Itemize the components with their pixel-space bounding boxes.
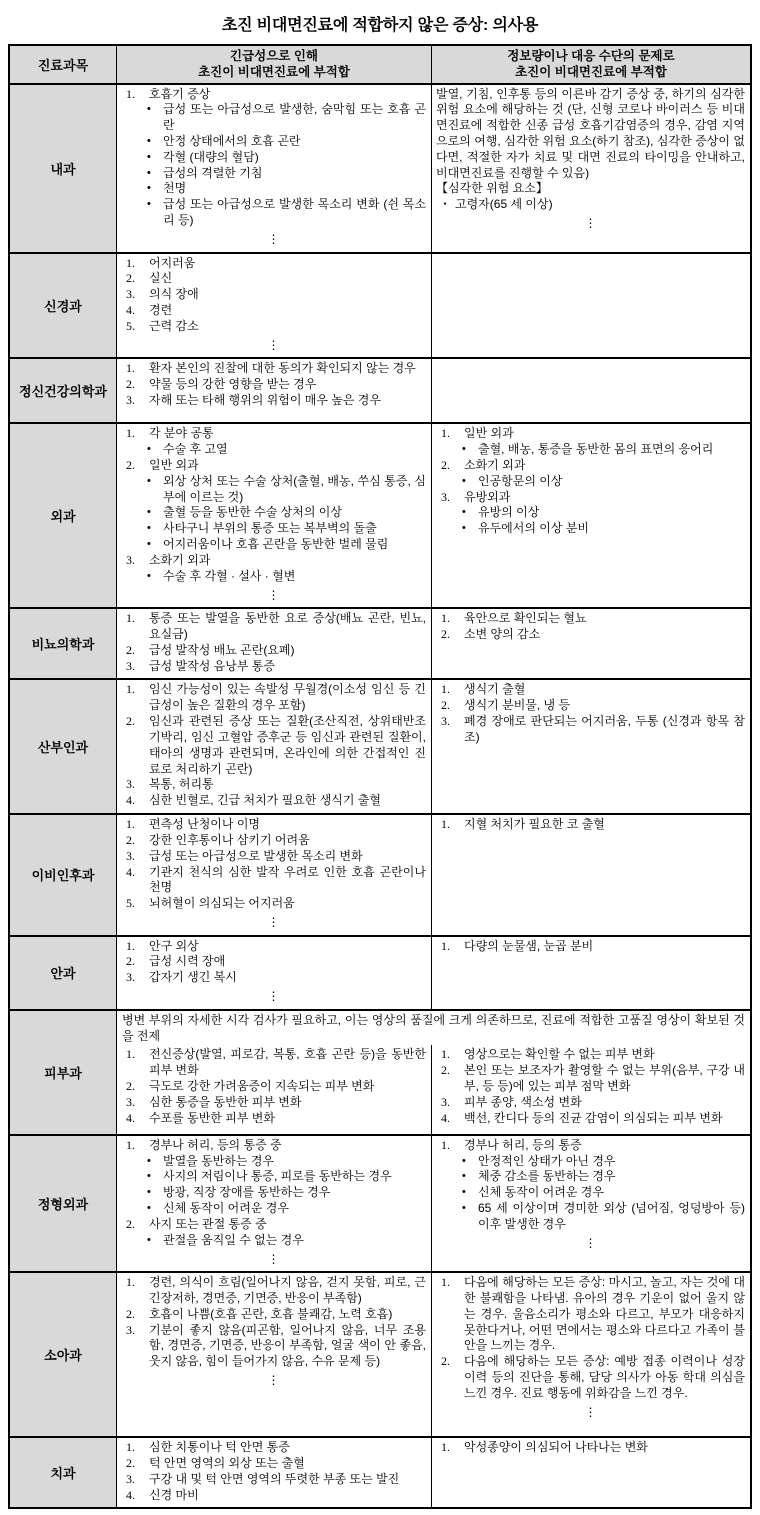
row-content: 1.안구 외상2.급성 시력 장애3.갑자기 생긴 복시⋮1.다량의 눈물샘, … <box>117 937 750 1009</box>
bullet-icon: • <box>147 134 163 150</box>
item-number: 3. <box>121 970 149 986</box>
item-number: 1. <box>121 426 149 442</box>
item-text: 신체 동작이 어려운 경우 <box>478 1185 745 1201</box>
list-item-numbered: 3.기분이 좋지 않음(피곤함, 일어나지 않음, 너무 조용함, 경면증, 기… <box>121 1323 426 1370</box>
item-number: 1. <box>121 1440 149 1456</box>
urgency-cell: 1.호흡기 증상•급성 또는 아급성으로 발생한, 숨막힘 또는 호흡 곤란•안… <box>117 85 432 252</box>
item-text: 사지의 저림이나 통증, 피로를 동반하는 경우 <box>163 1169 426 1185</box>
info-cell: 1.다량의 눈물샘, 눈곱 분비 <box>432 937 750 1009</box>
urgency-cell: 1.경련, 의식이 흐림(일어나지 않음, 걷지 못함, 피로, 근긴장저하, … <box>117 1273 432 1436</box>
list-item-bullet: •출혈 등을 동반한 수술 상처의 이상 <box>121 505 426 521</box>
item-text: 소화기 외과 <box>149 553 426 569</box>
bullet-icon: • <box>147 197 163 229</box>
list-item-bullet: •신체 동작이 어려운 경우 <box>436 1185 745 1201</box>
item-number: 4. <box>121 1488 149 1504</box>
item-text: 심한 통증을 동반한 피부 변화 <box>149 1095 426 1111</box>
urgency-cell: 1.전신증상(발열, 피로감, 복통, 호흡 곤란 등)을 동반한 피부 변화2… <box>117 1045 432 1133</box>
item-number: 2. <box>121 1079 149 1095</box>
item-number: 4. <box>121 303 149 319</box>
row-columns: 1.각 분야 공통•수술 후 고열2.일반 외과•외상 상처 또는 수술 상처(… <box>117 424 750 607</box>
bullet-icon: • <box>147 181 163 197</box>
item-text: 출혈 등을 동반한 수술 상처의 이상 <box>163 505 426 521</box>
list-item-numbered: 1.편측성 난청이나 이명 <box>121 817 426 833</box>
ellipsis-mark: ⋮ <box>121 1249 426 1268</box>
ellipsis-mark: ⋮ <box>121 1370 426 1389</box>
item-number: 4. <box>121 1111 149 1127</box>
list-item-numbered: 2.급성 발작성 배뇨 곤란(요폐) <box>121 643 426 659</box>
list-item-bullet: •관절을 움직일 수 없는 경우 <box>121 1233 426 1249</box>
list-item-numbered: 1.다음에 해당하는 모든 증상: 마시고, 놀고, 자는 것에 대한 불쾌함을… <box>436 1275 745 1354</box>
item-number: 2. <box>436 1354 464 1401</box>
list-item-bullet: •유방의 이상 <box>436 505 745 521</box>
urgency-cell: 1.임신 가능성이 있는 속발성 무월경(이소성 임신 등 긴급성이 높은 질환… <box>117 680 432 813</box>
item-number: 3. <box>121 1323 149 1370</box>
item-number: 2. <box>121 377 149 393</box>
table-row: 정형외과1.경부나 허리, 등의 통증 중•발열을 동반하는 경우•사지의 저림… <box>10 1136 750 1273</box>
table-row: 안과1.안구 외상2.급성 시력 장애3.갑자기 생긴 복시⋮1.다량의 눈물샘… <box>10 937 750 1011</box>
list-item-bullet: •신체 동작이 어려운 경우 <box>121 1201 426 1217</box>
table-row: 치과1.심한 치통이나 턱 안면 통증2.턱 안면 영역의 외상 또는 출혈3.… <box>10 1438 750 1507</box>
list-item-bullet: •인공항문의 이상 <box>436 474 745 490</box>
item-text: 극도로 강한 가려움증이 지속되는 피부 변화 <box>149 1079 426 1095</box>
item-number: 3. <box>121 287 149 303</box>
list-item-bullet: •각혈 (대량의 혈담) <box>121 150 426 166</box>
item-text: 출혈, 배농, 통증을 동반한 몸의 표면의 응어리 <box>478 442 745 458</box>
row-columns: 1.안구 외상2.급성 시력 장애3.갑자기 생긴 복시⋮1.다량의 눈물샘, … <box>117 937 750 1009</box>
item-text: 근력 감소 <box>149 319 426 335</box>
item-text: 안구 외상 <box>149 939 426 955</box>
item-number: 1. <box>436 939 464 955</box>
list-item-numbered: 1.지혈 처치가 필요한 코 출혈 <box>436 817 745 833</box>
row-content: 1.통증 또는 발열을 동반한 요로 증상(배뇨 곤란, 빈뇨, 요실금)2.급… <box>117 609 750 678</box>
department-cell: 외과 <box>10 424 117 607</box>
bullet-icon: • <box>147 505 163 521</box>
department-cell: 내과 <box>10 85 117 252</box>
item-number: 3. <box>121 553 149 569</box>
ellipsis-mark: ⋮ <box>436 1402 745 1421</box>
urgency-cell: 1.심한 치통이나 턱 안면 통증2.턱 안면 영역의 외상 또는 출혈3.구강… <box>117 1438 432 1507</box>
item-number: 1. <box>121 611 149 643</box>
item-text: 일반 외과 <box>464 426 745 442</box>
list-item-numbered: 4.신경 마비 <box>121 1488 426 1504</box>
table-header-row: 진료과목 긴급성으로 인해 초진이 비대면진료에 부적합 정보량이나 대응 수단… <box>10 46 750 85</box>
document-page: 초진 비대면진료에 적합하지 않은 증상: 의사용 진료과목 긴급성으로 인해 … <box>0 0 760 1515</box>
item-text: 체중 감소를 동반하는 경우 <box>478 1169 745 1185</box>
header-info-line2: 초진이 비대면진료에 부적합 <box>515 64 667 80</box>
bullet-icon: • <box>462 1201 478 1233</box>
item-text: 임신 가능성이 있는 속발성 무월경(이소성 임신 등 긴급성이 높은 질환의 … <box>149 682 426 714</box>
item-text: 기분이 좋지 않음(피곤함, 일어나지 않음, 너무 조용함, 경면증, 기면증… <box>149 1323 426 1370</box>
item-text: 본인 또는 보조자가 촬영할 수 없는 부위(음부, 구강 내부, 등 등)에 … <box>464 1063 745 1095</box>
bullet-icon: • <box>147 1169 163 1185</box>
item-number: 3. <box>121 1472 149 1488</box>
item-number: 2. <box>121 1307 149 1323</box>
list-item-bullet: •방광, 직장 장애를 동반하는 경우 <box>121 1185 426 1201</box>
list-item-numbered: 2.강한 인후통이나 삼키기 어려움 <box>121 833 426 849</box>
item-number: 1. <box>436 1440 464 1456</box>
list-item-numbered: 2.생식기 분비물, 냉 등 <box>436 698 745 714</box>
item-text: 다량의 눈물샘, 눈곱 분비 <box>464 939 745 955</box>
list-item-numbered: 2.일반 외과 <box>121 458 426 474</box>
bullet-icon: • <box>147 1154 163 1170</box>
item-number: 5. <box>121 896 149 912</box>
item-text: 경련, 의식이 흐림(일어나지 않음, 걷지 못함, 피로, 근긴장저하, 경면… <box>149 1275 426 1307</box>
department-cell: 피부과 <box>10 1011 117 1134</box>
row-content: 1.각 분야 공통•수술 후 고열2.일반 외과•외상 상처 또는 수술 상처(… <box>117 424 750 607</box>
item-number: 2. <box>121 1456 149 1472</box>
item-text: 갑자기 생긴 복시 <box>149 970 426 986</box>
item-number: 1. <box>436 682 464 698</box>
list-item-numbered: 3.의식 장애 <box>121 287 426 303</box>
item-number: 3. <box>436 1095 464 1111</box>
item-text: 악성종양이 의심되어 나타나는 변화 <box>464 1440 745 1456</box>
list-item-bullet: •급성 또는 아급성으로 발생한, 숨막힘 또는 호흡 곤란 <box>121 102 426 134</box>
item-number: 3. <box>121 393 149 409</box>
bullet-icon: • <box>147 442 163 458</box>
ellipsis-mark: ⋮ <box>121 335 426 354</box>
item-text: 영상으로는 확인할 수 없는 피부 변화 <box>464 1047 745 1063</box>
item-text: 소화기 외과 <box>464 458 745 474</box>
list-item-numbered: 2.턱 안면 영역의 외상 또는 출혈 <box>121 1456 426 1472</box>
list-item-numbered: 1.경부나 허리, 등의 통증 <box>436 1138 745 1154</box>
item-text: 급성의 격렬한 기침 <box>163 166 426 182</box>
list-item-numbered: 1.다량의 눈물샘, 눈곱 분비 <box>436 939 745 955</box>
bullet-icon: • <box>147 150 163 166</box>
department-cell: 정형외과 <box>10 1136 117 1271</box>
list-item-numbered: 2.호흡이 나쁨(호흡 곤란, 호흡 불쾌감, 노력 호흡) <box>121 1307 426 1323</box>
department-cell: 신경과 <box>10 254 117 358</box>
list-item-numbered: 1.호흡기 증상 <box>121 87 426 103</box>
row-columns: 1.호흡기 증상•급성 또는 아급성으로 발생한, 숨막힘 또는 호흡 곤란•안… <box>117 85 750 252</box>
info-cell: 1.다음에 해당하는 모든 증상: 마시고, 놀고, 자는 것에 대한 불쾌함을… <box>432 1273 750 1436</box>
item-number: 1. <box>121 256 149 272</box>
item-text: 편측성 난청이나 이명 <box>149 817 426 833</box>
ellipsis-mark: ⋮ <box>121 585 426 604</box>
info-cell: 1.육안으로 확인되는 혈뇨2.소변 양의 감소 <box>432 609 750 678</box>
row-content: 1.어지러움2.실신3.의식 장애4.경련5.근력 감소⋮ <box>117 254 750 358</box>
bullet-icon: • <box>147 521 163 537</box>
item-text: 어지러움이나 호흡 곤란을 동반한 벌레 물림 <box>163 537 426 553</box>
list-item-numbered: 2.소화기 외과 <box>436 458 745 474</box>
item-text: 안정적인 상태가 아닌 경우 <box>478 1154 745 1170</box>
item-text: 외상 상처 또는 수술 상처(출혈, 배농, 쑤심 통증, 심부에 이르는 것) <box>163 474 426 506</box>
bullet-icon: • <box>462 1185 478 1201</box>
list-item-numbered: 1.악성종양이 의심되어 나타나는 변화 <box>436 1440 745 1456</box>
item-number: 3. <box>436 714 464 746</box>
item-text: 급성 시력 장애 <box>149 954 426 970</box>
list-item-numbered: 1.영상으로는 확인할 수 없는 피부 변화 <box>436 1047 745 1063</box>
list-item-numbered: 2.본인 또는 보조자가 촬영할 수 없는 부위(음부, 구강 내부, 등 등)… <box>436 1063 745 1095</box>
list-item-numbered: 1.전신증상(발열, 피로감, 복통, 호흡 곤란 등)을 동반한 피부 변화 <box>121 1047 426 1079</box>
ellipsis-mark: ⋮ <box>121 229 426 248</box>
item-text: 관절을 움직일 수 없는 경우 <box>163 1233 426 1249</box>
item-text: 전신증상(발열, 피로감, 복통, 호흡 곤란 등)을 동반한 피부 변화 <box>149 1047 426 1079</box>
list-item-numbered: 4.백선, 칸디다 등의 진균 감염이 의심되는 피부 변화 <box>436 1111 745 1127</box>
department-cell: 비뇨의학과 <box>10 609 117 678</box>
item-number: 1. <box>436 817 464 833</box>
item-text: 환자 본인의 진찰에 대한 동의가 확인되지 않는 경우 <box>149 361 426 377</box>
item-text: 어지러움 <box>149 256 426 272</box>
item-text: 생식기 분비물, 냉 등 <box>464 698 745 714</box>
item-text: 구강 내 및 턱 안면 영역의 뚜렷한 부종 또는 발진 <box>149 1472 426 1488</box>
item-number: 3. <box>436 490 464 506</box>
list-item-numbered: 3.소화기 외과 <box>121 553 426 569</box>
row-columns: 1.통증 또는 발열을 동반한 요로 증상(배뇨 곤란, 빈뇨, 요실금)2.급… <box>117 609 750 678</box>
item-number: 1. <box>121 682 149 714</box>
list-item-numbered: 3.급성 또는 아급성으로 발생한 목소리 변화 <box>121 849 426 865</box>
list-item-numbered: 1.생식기 출혈 <box>436 682 745 698</box>
list-item-bullet: •발열을 동반하는 경우 <box>121 1154 426 1170</box>
row-content: 1.편측성 난청이나 이명2.강한 인후통이나 삼키기 어려움3.급성 또는 아… <box>117 815 750 935</box>
symptoms-table: 진료과목 긴급성으로 인해 초진이 비대면진료에 부적합 정보량이나 대응 수단… <box>8 44 752 1509</box>
row-columns: 1.경련, 의식이 흐림(일어나지 않음, 걷지 못함, 피로, 근긴장저하, … <box>117 1273 750 1436</box>
item-number: 1. <box>121 87 149 103</box>
item-text: 생식기 출혈 <box>464 682 745 698</box>
list-item-numbered: 4.경련 <box>121 303 426 319</box>
paragraph: 발열, 기침, 인후통 등의 이른바 감기 증상 중, 하기의 심각한 위험 요… <box>436 87 745 182</box>
item-text: 경부나 허리, 등의 통증 <box>464 1138 745 1154</box>
item-number: 2. <box>121 954 149 970</box>
info-cell: 1.악성종양이 의심되어 나타나는 변화 <box>432 1438 750 1507</box>
item-text: 수포를 동반한 피부 변화 <box>149 1111 426 1127</box>
row-content: 1.호흡기 증상•급성 또는 아급성으로 발생한, 숨막힘 또는 호흡 곤란•안… <box>117 85 750 252</box>
list-item-numbered: 2.소변 양의 감소 <box>436 627 745 643</box>
list-item-numbered: 1.육안으로 확인되는 혈뇨 <box>436 611 745 627</box>
item-text: 수술 후 고열 <box>163 442 426 458</box>
item-text: 호흡이 나쁨(호흡 곤란, 호흡 불쾌감, 노력 호흡) <box>149 1307 426 1323</box>
list-item-bullet: •수술 후 각혈 · 설사 · 혈변 <box>121 569 426 585</box>
item-text: 기관지 천식의 심한 발작 우려로 인한 호흡 곤란이나 천명 <box>149 865 426 897</box>
item-number: 2. <box>121 714 149 777</box>
header-info-column: 정보량이나 대응 수단의 문제로 초진이 비대면진료에 부적합 <box>432 46 750 83</box>
list-item-numbered: 1.심한 치통이나 턱 안면 통증 <box>121 1440 426 1456</box>
table-row: 피부과병변 부위의 자세한 시각 검사가 필요하고, 이는 영상의 품질에 크게… <box>10 1011 750 1136</box>
item-text: 65 세 이상이며 경미한 외상 (넘어짐, 엉덩방아 등) 이후 발생한 경우 <box>478 1201 745 1233</box>
table-row: 외과1.각 분야 공통•수술 후 고열2.일반 외과•외상 상처 또는 수술 상… <box>10 424 750 609</box>
row-content: 1.경부나 허리, 등의 통증 중•발열을 동반하는 경우•사지의 저림이나 통… <box>117 1136 750 1271</box>
list-item-numbered: 4.심한 빈혈로, 긴급 처치가 필요한 생식기 출혈 <box>121 793 426 809</box>
item-number: 1. <box>121 817 149 833</box>
list-item-numbered: 2.다음에 해당하는 모든 증상: 예방 접종 이력이나 성장 이력 등의 진단… <box>436 1354 745 1401</box>
row-columns: 1.전신증상(발열, 피로감, 복통, 호흡 곤란 등)을 동반한 피부 변화2… <box>117 1045 750 1133</box>
header-info-line1: 정보량이나 대응 수단의 문제로 <box>507 48 674 64</box>
list-item-numbered: 3.복통, 허리통 <box>121 777 426 793</box>
list-item-numbered: 2.실신 <box>121 271 426 287</box>
bullet-icon: • <box>147 1201 163 1217</box>
bullet-icon: • <box>147 569 163 585</box>
item-text: 수술 후 각혈 · 설사 · 혈변 <box>163 569 426 585</box>
item-number: 1. <box>121 1138 149 1154</box>
info-cell: 1.생식기 출혈2.생식기 분비물, 냉 등3.폐경 장애로 판단되는 어지러움… <box>432 680 750 813</box>
row-columns: 1.임신 가능성이 있는 속발성 무월경(이소성 임신 등 긴급성이 높은 질환… <box>117 680 750 813</box>
info-cell: 1.지혈 처치가 필요한 코 출혈 <box>432 815 750 935</box>
bullet-icon: • <box>462 505 478 521</box>
list-item-numbered: 2.약물 등의 강한 영향을 받는 경우 <box>121 377 426 393</box>
item-number: 2. <box>436 1063 464 1095</box>
cell-note: 병변 부위의 자세한 시각 검사가 필요하고, 이는 영상의 품질에 크게 의존… <box>117 1011 750 1046</box>
department-cell: 산부인과 <box>10 680 117 813</box>
table-row: 소아과1.경련, 의식이 흐림(일어나지 않음, 걷지 못함, 피로, 근긴장저… <box>10 1273 750 1438</box>
item-number: 1. <box>121 1047 149 1079</box>
item-text: 사지 또는 관절 통증 중 <box>149 1217 426 1233</box>
urgency-cell: 1.환자 본인의 진찰에 대한 동의가 확인되지 않는 경우2.약물 등의 강한… <box>117 359 432 422</box>
item-number: 2. <box>436 698 464 714</box>
item-number: 1. <box>436 611 464 627</box>
list-item-bullet: •안정 상태에서의 호흡 곤란 <box>121 134 426 150</box>
table-row: 내과1.호흡기 증상•급성 또는 아급성으로 발생한, 숨막힘 또는 호흡 곤란… <box>10 85 750 254</box>
list-item-numbered: 3.피부 종양, 색소성 변화 <box>436 1095 745 1111</box>
item-text: 심한 빈혈로, 긴급 처치가 필요한 생식기 출혈 <box>149 793 426 809</box>
table-row: 비뇨의학과1.통증 또는 발열을 동반한 요로 증상(배뇨 곤란, 빈뇨, 요실… <box>10 609 750 680</box>
table-row: 이비인후과1.편측성 난청이나 이명2.강한 인후통이나 삼키기 어려움3.급성… <box>10 815 750 937</box>
list-item-numbered: 3.구강 내 및 턱 안면 영역의 뚜렷한 부종 또는 발진 <box>121 1472 426 1488</box>
item-text: 의식 장애 <box>149 287 426 303</box>
list-item-dot: ・고령자(65 세 이상) <box>436 197 745 213</box>
item-text: 육안으로 확인되는 혈뇨 <box>464 611 745 627</box>
list-item-numbered: 3.유방외과 <box>436 490 745 506</box>
row-content: 1.심한 치통이나 턱 안면 통증2.턱 안면 영역의 외상 또는 출혈3.구강… <box>117 1438 750 1507</box>
list-item-numbered: 3.자해 또는 타해 행위의 위험이 매우 높은 경우 <box>121 393 426 409</box>
item-number: 2. <box>121 833 149 849</box>
urgency-cell: 1.안구 외상2.급성 시력 장애3.갑자기 생긴 복시⋮ <box>117 937 432 1009</box>
item-number: 2. <box>121 458 149 474</box>
ellipsis-mark: ⋮ <box>121 912 426 931</box>
item-text: 천명 <box>163 181 426 197</box>
list-item-bullet: •사타구니 부위의 통증 또는 복부벽의 돌출 <box>121 521 426 537</box>
item-text: 자해 또는 타해 행위의 위험이 매우 높은 경우 <box>149 393 426 409</box>
list-item-numbered: 2.임신과 관련된 증상 또는 질환(조산직전, 상위태반조기박리, 임신 고혈… <box>121 714 426 777</box>
urgency-cell: 1.어지러움2.실신3.의식 장애4.경련5.근력 감소⋮ <box>117 254 432 358</box>
urgency-cell: 1.통증 또는 발열을 동반한 요로 증상(배뇨 곤란, 빈뇨, 요실금)2.급… <box>117 609 432 678</box>
item-text: 고령자(65 세 이상) <box>455 197 745 213</box>
row-content: 1.환자 본인의 진찰에 대한 동의가 확인되지 않는 경우2.약물 등의 강한… <box>117 359 750 422</box>
info-cell: 1.영상으로는 확인할 수 없는 피부 변화2.본인 또는 보조자가 촬영할 수… <box>432 1045 750 1133</box>
item-number: 1. <box>436 1138 464 1154</box>
list-item-numbered: 1.경부나 허리, 등의 통증 중 <box>121 1138 426 1154</box>
list-item-bullet: •65 세 이상이며 경미한 외상 (넘어짐, 엉덩방아 등) 이후 발생한 경… <box>436 1201 745 1233</box>
item-text: 통증 또는 발열을 동반한 요로 증상(배뇨 곤란, 빈뇨, 요실금) <box>149 611 426 643</box>
list-item-numbered: 3.폐경 장애로 판단되는 어지러움, 두통 (신경과 항목 참조) <box>436 714 745 746</box>
item-text: 호흡기 증상 <box>149 87 426 103</box>
item-text: 일반 외과 <box>149 458 426 474</box>
item-number: 2. <box>121 271 149 287</box>
bullet-icon: • <box>147 166 163 182</box>
list-item-numbered: 1.임신 가능성이 있는 속발성 무월경(이소성 임신 등 긴급성이 높은 질환… <box>121 682 426 714</box>
item-text: 각 분야 공통 <box>149 426 426 442</box>
page-title: 초진 비대면진료에 적합하지 않은 증상: 의사용 <box>8 12 752 35</box>
ellipsis-mark: ⋮ <box>436 213 745 232</box>
ellipsis-mark: ⋮ <box>436 1233 745 1252</box>
list-item-bullet: •체중 감소를 동반하는 경우 <box>436 1169 745 1185</box>
item-number: 2. <box>121 643 149 659</box>
list-item-bullet: •급성의 격렬한 기침 <box>121 166 426 182</box>
row-content: 1.경련, 의식이 흐림(일어나지 않음, 걷지 못함, 피로, 근긴장저하, … <box>117 1273 750 1436</box>
list-item-numbered: 1.각 분야 공통 <box>121 426 426 442</box>
table-row: 정신건강의학과1.환자 본인의 진찰에 대한 동의가 확인되지 않는 경우2.약… <box>10 359 750 424</box>
list-item-numbered: 4.수포를 동반한 피부 변화 <box>121 1111 426 1127</box>
item-text: 임신과 관련된 증상 또는 질환(조산직전, 상위태반조기박리, 임신 고혈압 … <box>149 714 426 777</box>
list-item-bullet: •수술 후 고열 <box>121 442 426 458</box>
list-item-numbered: 4.기관지 천식의 심한 발작 우려로 인한 호흡 곤란이나 천명 <box>121 865 426 897</box>
bullet-icon: • <box>462 1154 478 1170</box>
item-text: 피부 종양, 색소성 변화 <box>464 1095 745 1111</box>
table-rows: 내과1.호흡기 증상•급성 또는 아급성으로 발생한, 숨막힘 또는 호흡 곤란… <box>10 85 750 1508</box>
item-text: 실신 <box>149 271 426 287</box>
row-content: 1.임신 가능성이 있는 속발성 무월경(이소성 임신 등 긴급성이 높은 질환… <box>117 680 750 813</box>
info-cell <box>432 254 750 358</box>
item-text: 발열을 동반하는 경우 <box>163 1154 426 1170</box>
item-number: 3. <box>121 849 149 865</box>
item-text: 각혈 (대량의 혈담) <box>163 150 426 166</box>
header-urgency-line2: 초진이 비대면진료에 부적합 <box>198 64 350 80</box>
info-cell: 1.일반 외과•출혈, 배농, 통증을 동반한 몸의 표면의 응어리2.소화기 … <box>432 424 750 607</box>
item-text: 복통, 허리통 <box>149 777 426 793</box>
item-text: 유방외과 <box>464 490 745 506</box>
item-text: 급성 또는 아급성으로 발생한 목소리 변화 (쉰 목소리 등) <box>163 197 426 229</box>
item-text: 소변 양의 감소 <box>464 627 745 643</box>
list-item-numbered: 3.심한 통증을 동반한 피부 변화 <box>121 1095 426 1111</box>
bullet-icon: • <box>462 1169 478 1185</box>
item-text: 방광, 직장 장애를 동반하는 경우 <box>163 1185 426 1201</box>
item-text: 턱 안면 영역의 외상 또는 출혈 <box>149 1456 426 1472</box>
row-columns: 1.편측성 난청이나 이명2.강한 인후통이나 삼키기 어려움3.급성 또는 아… <box>117 815 750 935</box>
row-columns: 1.어지러움2.실신3.의식 장애4.경련5.근력 감소⋮ <box>117 254 750 358</box>
list-item-numbered: 5.뇌허혈이 의심되는 어지러움 <box>121 896 426 912</box>
table-row: 산부인과1.임신 가능성이 있는 속발성 무월경(이소성 임신 등 긴급성이 높… <box>10 680 750 815</box>
item-text: 심한 치통이나 턱 안면 통증 <box>149 1440 426 1456</box>
item-text: 신경 마비 <box>149 1488 426 1504</box>
item-number: 1. <box>121 939 149 955</box>
table-row: 신경과1.어지러움2.실신3.의식 장애4.경련5.근력 감소⋮ <box>10 254 750 360</box>
header-urgency-column: 긴급성으로 인해 초진이 비대면진료에 부적합 <box>117 46 432 83</box>
item-text: 유방의 이상 <box>478 505 745 521</box>
bullet-icon: • <box>147 474 163 506</box>
list-item-numbered: 2.극도로 강한 가려움증이 지속되는 피부 변화 <box>121 1079 426 1095</box>
item-number: 1. <box>121 361 149 377</box>
bullet-icon: • <box>147 102 163 134</box>
item-text: 뇌허혈이 의심되는 어지러움 <box>149 896 426 912</box>
bullet-icon: • <box>462 442 478 458</box>
info-cell: 발열, 기침, 인후통 등의 이른바 감기 증상 중, 하기의 심각한 위험 요… <box>432 85 750 252</box>
bullet-icon: • <box>462 521 478 537</box>
row-content: 병변 부위의 자세한 시각 검사가 필요하고, 이는 영상의 품질에 크게 의존… <box>117 1011 750 1134</box>
bullet-icon: • <box>462 474 478 490</box>
list-item-bullet: •유두에서의 이상 분비 <box>436 521 745 537</box>
header-urgency-line1: 긴급성으로 인해 <box>230 48 318 64</box>
bullet-icon: • <box>147 1185 163 1201</box>
item-text: 약물 등의 강한 영향을 받는 경우 <box>149 377 426 393</box>
list-item-numbered: 1.환자 본인의 진찰에 대한 동의가 확인되지 않는 경우 <box>121 361 426 377</box>
info-cell <box>432 359 750 422</box>
ellipsis-mark: ⋮ <box>121 986 426 1005</box>
row-columns: 1.환자 본인의 진찰에 대한 동의가 확인되지 않는 경우2.약물 등의 강한… <box>117 359 750 422</box>
item-text: 경부나 허리, 등의 통증 중 <box>149 1138 426 1154</box>
list-item-bullet: •출혈, 배농, 통증을 동반한 몸의 표면의 응어리 <box>436 442 745 458</box>
item-number: 5. <box>121 319 149 335</box>
item-number: 1. <box>436 426 464 442</box>
item-text: 안정 상태에서의 호흡 곤란 <box>163 134 426 150</box>
department-cell: 이비인후과 <box>10 815 117 935</box>
item-text: 다음에 해당하는 모든 증상: 마시고, 놀고, 자는 것에 대한 불쾌함을 나… <box>464 1275 745 1354</box>
item-text: 사타구니 부위의 통증 또는 복부벽의 돌출 <box>163 521 426 537</box>
list-item-numbered: 1.통증 또는 발열을 동반한 요로 증상(배뇨 곤란, 빈뇨, 요실금) <box>121 611 426 643</box>
item-text: 급성 또는 아급성으로 발생한 목소리 변화 <box>149 849 426 865</box>
list-item-numbered: 1.안구 외상 <box>121 939 426 955</box>
list-item-numbered: 3.갑자기 생긴 복시 <box>121 970 426 986</box>
item-text: 경련 <box>149 303 426 319</box>
item-text: 다음에 해당하는 모든 증상: 예방 접종 이력이나 성장 이력 등의 진단을 … <box>464 1354 745 1401</box>
item-text: 폐경 장애로 판단되는 어지러움, 두통 (신경과 항목 참조) <box>464 714 745 746</box>
